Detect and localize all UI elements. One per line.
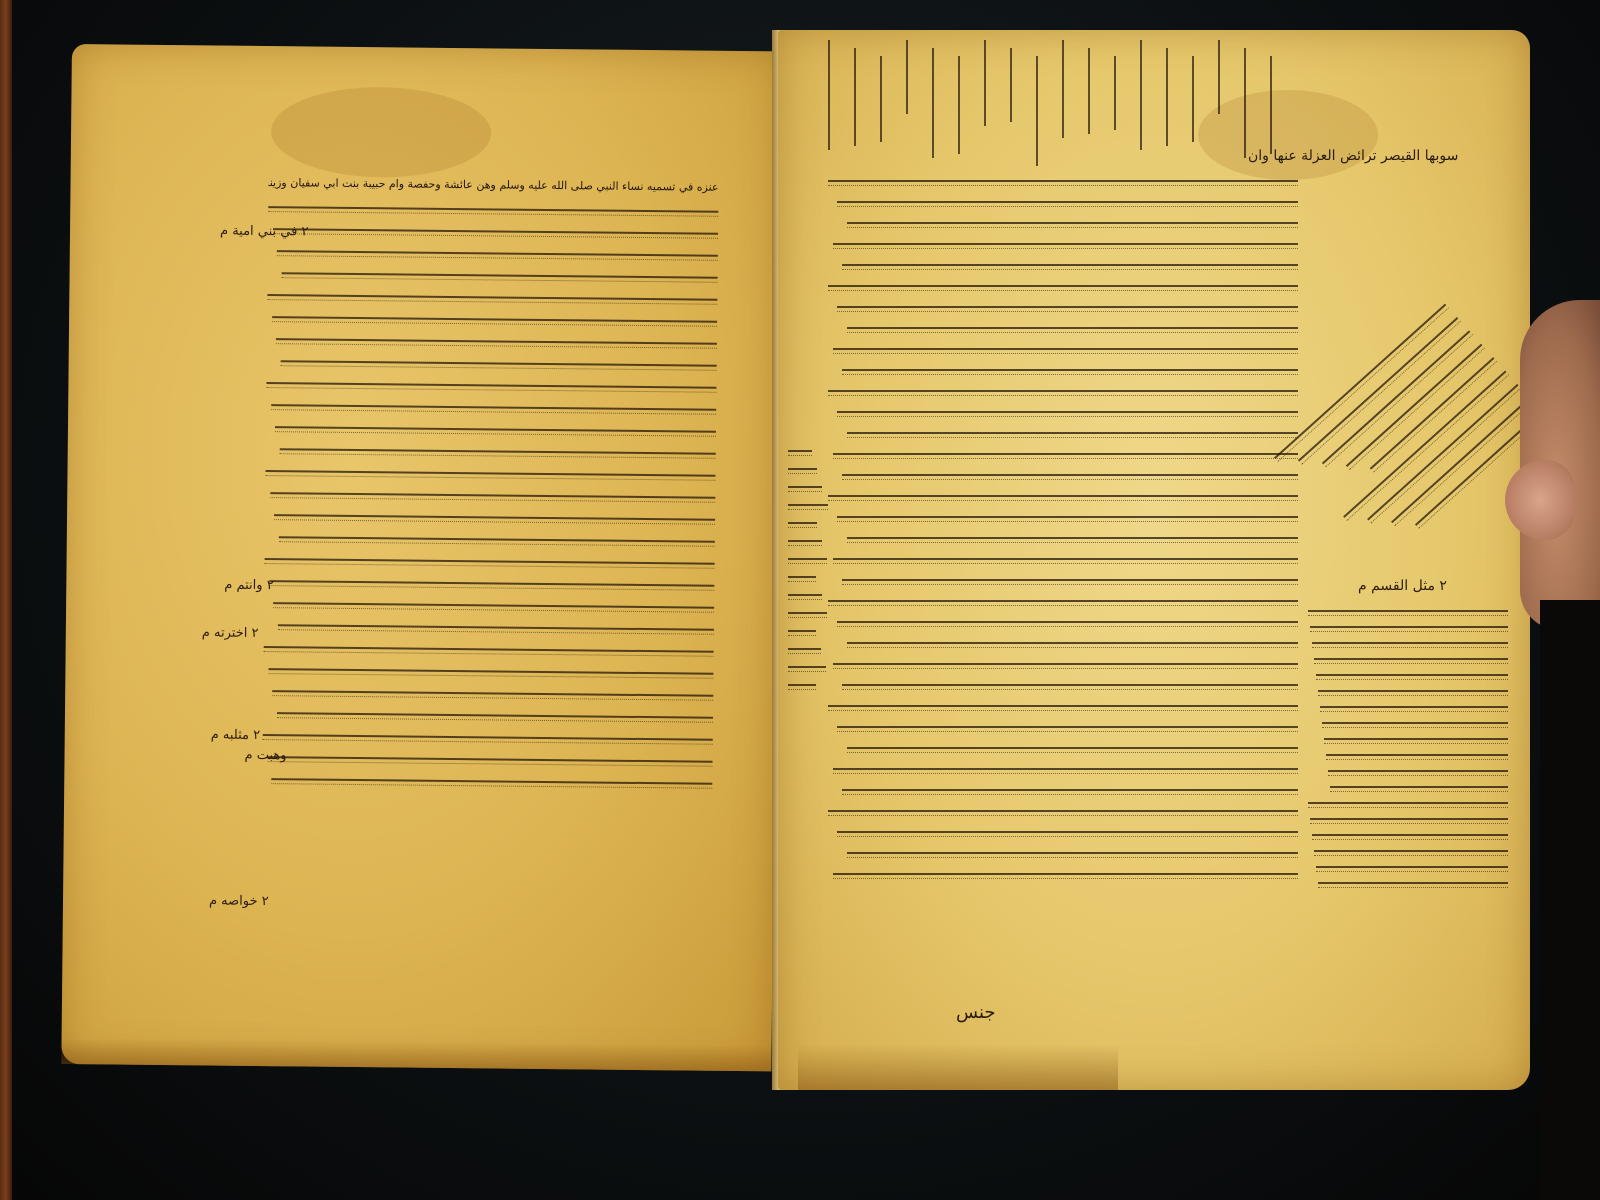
text-line bbox=[1324, 738, 1508, 740]
text-line bbox=[837, 621, 1298, 623]
text-line bbox=[266, 382, 716, 389]
vertical-marginalia-line bbox=[1088, 48, 1090, 134]
text-line bbox=[1308, 610, 1508, 612]
text-line bbox=[264, 646, 714, 653]
text-line bbox=[267, 756, 712, 763]
text-line bbox=[828, 705, 1298, 707]
margin-note-4: ٢ مثلبه م bbox=[211, 727, 261, 743]
bottom-edge-stain bbox=[798, 1044, 1118, 1090]
margin-line bbox=[788, 594, 822, 596]
vertical-marginalia-line bbox=[828, 40, 830, 150]
section-note: ٢ مثل القسم م bbox=[1358, 578, 1447, 594]
text-line bbox=[842, 684, 1298, 686]
thumb bbox=[1505, 460, 1575, 540]
margin-line bbox=[788, 666, 826, 668]
text-line bbox=[269, 580, 714, 587]
margin-line bbox=[788, 522, 817, 524]
text-line bbox=[1310, 626, 1508, 628]
text-line bbox=[828, 810, 1298, 812]
text-line bbox=[828, 285, 1298, 287]
water-stain bbox=[271, 86, 492, 178]
text-line bbox=[273, 602, 714, 609]
text-line bbox=[272, 316, 717, 323]
text-line bbox=[837, 516, 1298, 518]
text-line bbox=[847, 432, 1298, 434]
text-line bbox=[837, 726, 1298, 728]
right-header-line: سوبها القيصر ترائض العزلة عنها وان bbox=[1248, 148, 1458, 164]
text-line bbox=[1318, 690, 1508, 692]
text-line bbox=[833, 873, 1298, 875]
vertical-marginalia-line bbox=[880, 56, 882, 142]
left-page: عنزه في تسميه نساء النبي صلى الله عليه و… bbox=[61, 44, 782, 1071]
inner-margin-notes bbox=[788, 450, 828, 702]
text-line bbox=[828, 180, 1298, 182]
text-line bbox=[833, 453, 1298, 455]
text-line bbox=[828, 495, 1298, 497]
left-page-text-block: عنزه في تسميه نساء النبي صلى الله عليه و… bbox=[268, 174, 718, 197]
margin-line bbox=[788, 648, 821, 650]
right-page: سوبها القيصر ترائض العزلة عنها وان ٢ مثل… bbox=[778, 30, 1530, 1090]
text-line bbox=[837, 411, 1298, 413]
margin-note-2: ٢ وانتم م bbox=[224, 578, 274, 594]
text-line bbox=[828, 600, 1298, 602]
text-line bbox=[847, 852, 1298, 854]
text-line bbox=[272, 690, 713, 697]
text-line bbox=[847, 537, 1298, 539]
text-line bbox=[1314, 658, 1508, 660]
text-line bbox=[277, 250, 718, 257]
vertical-marginalia-line bbox=[854, 48, 856, 146]
text-line bbox=[1312, 642, 1508, 644]
margin-note-3: ٢ اخترته م bbox=[202, 625, 259, 641]
vertical-marginalia-line bbox=[1166, 48, 1168, 146]
margin-line bbox=[788, 558, 827, 560]
right-page-lines bbox=[828, 180, 1298, 894]
text-line bbox=[276, 712, 712, 719]
wooden-table-edge bbox=[0, 0, 12, 1200]
margin-note-5: وهبت م bbox=[244, 748, 286, 763]
text-line bbox=[847, 747, 1298, 749]
margin-line bbox=[788, 486, 822, 488]
text-line bbox=[268, 668, 713, 675]
top-vertical-marginalia bbox=[828, 40, 1308, 170]
text-line bbox=[1328, 770, 1508, 772]
vertical-marginalia-line bbox=[984, 40, 986, 126]
vertical-marginalia-line bbox=[1062, 40, 1064, 138]
margin-line bbox=[788, 540, 822, 542]
text-line bbox=[278, 536, 714, 543]
text-line bbox=[276, 338, 717, 345]
vertical-marginalia-line bbox=[1114, 56, 1116, 130]
vertical-marginalia-line bbox=[1270, 56, 1272, 154]
text-line bbox=[842, 264, 1298, 266]
text-line bbox=[277, 624, 713, 631]
text-line bbox=[847, 327, 1298, 329]
text-line bbox=[270, 492, 715, 499]
text-line bbox=[833, 243, 1298, 245]
vertical-marginalia-line bbox=[1218, 40, 1220, 114]
vertical-marginalia-line bbox=[1010, 48, 1012, 122]
text-line bbox=[281, 272, 717, 279]
text-line bbox=[837, 306, 1298, 308]
text-line bbox=[275, 426, 716, 433]
text-line bbox=[847, 222, 1298, 224]
text-line bbox=[837, 201, 1298, 203]
text-line bbox=[274, 514, 715, 521]
text-line bbox=[842, 579, 1298, 581]
text-line bbox=[837, 831, 1298, 833]
vertical-marginalia-line bbox=[1244, 48, 1246, 158]
text-line bbox=[842, 474, 1298, 476]
text-line bbox=[266, 470, 716, 477]
right-margin-column bbox=[1308, 610, 1508, 898]
text-line bbox=[1318, 882, 1508, 884]
text-line bbox=[1330, 786, 1508, 788]
left-page-lines bbox=[262, 206, 718, 805]
text-line bbox=[1308, 802, 1508, 804]
text-line bbox=[828, 390, 1298, 392]
first-line: عنزه في تسميه نساء النبي صلى الله عليه و… bbox=[268, 174, 718, 197]
text-line bbox=[271, 778, 712, 785]
text-line bbox=[1310, 818, 1508, 820]
text-line bbox=[263, 734, 713, 741]
vertical-marginalia-line bbox=[906, 40, 908, 114]
text-line bbox=[1316, 866, 1508, 868]
vertical-marginalia-line bbox=[932, 48, 934, 158]
text-line bbox=[1326, 754, 1508, 756]
text-line bbox=[842, 789, 1298, 791]
margin-note-1: ٢ في بني امية م bbox=[220, 224, 309, 240]
margin-line bbox=[788, 630, 816, 632]
vertical-marginalia-line bbox=[1192, 56, 1194, 142]
text-line bbox=[279, 448, 715, 455]
folio-mark: جنس bbox=[956, 1002, 996, 1023]
vertical-marginalia-line bbox=[1036, 56, 1038, 166]
margin-line bbox=[788, 612, 827, 614]
shadow-lower-right bbox=[1540, 600, 1600, 1200]
margin-note-6: ٢ خواصه م bbox=[209, 893, 269, 909]
margin-line bbox=[788, 468, 817, 470]
text-line bbox=[268, 206, 718, 213]
margin-line bbox=[788, 504, 828, 506]
vertical-marginalia-line bbox=[1140, 40, 1142, 150]
text-line bbox=[1316, 674, 1508, 676]
text-line bbox=[1312, 834, 1508, 836]
vertical-marginalia-line bbox=[958, 56, 960, 154]
text-line bbox=[833, 768, 1298, 770]
text-line bbox=[833, 558, 1298, 560]
text-line bbox=[273, 228, 718, 235]
text-line bbox=[833, 348, 1298, 350]
text-line bbox=[833, 663, 1298, 665]
text-line bbox=[847, 642, 1298, 644]
text-line bbox=[265, 558, 715, 565]
text-line bbox=[280, 360, 716, 367]
text-line bbox=[267, 294, 717, 301]
margin-line bbox=[788, 684, 816, 686]
margin-line bbox=[788, 576, 816, 578]
text-line bbox=[842, 369, 1298, 371]
text-line bbox=[1314, 850, 1508, 852]
text-line bbox=[1320, 706, 1508, 708]
text-line bbox=[1322, 722, 1508, 724]
margin-line bbox=[788, 450, 812, 452]
text-line bbox=[271, 404, 716, 411]
